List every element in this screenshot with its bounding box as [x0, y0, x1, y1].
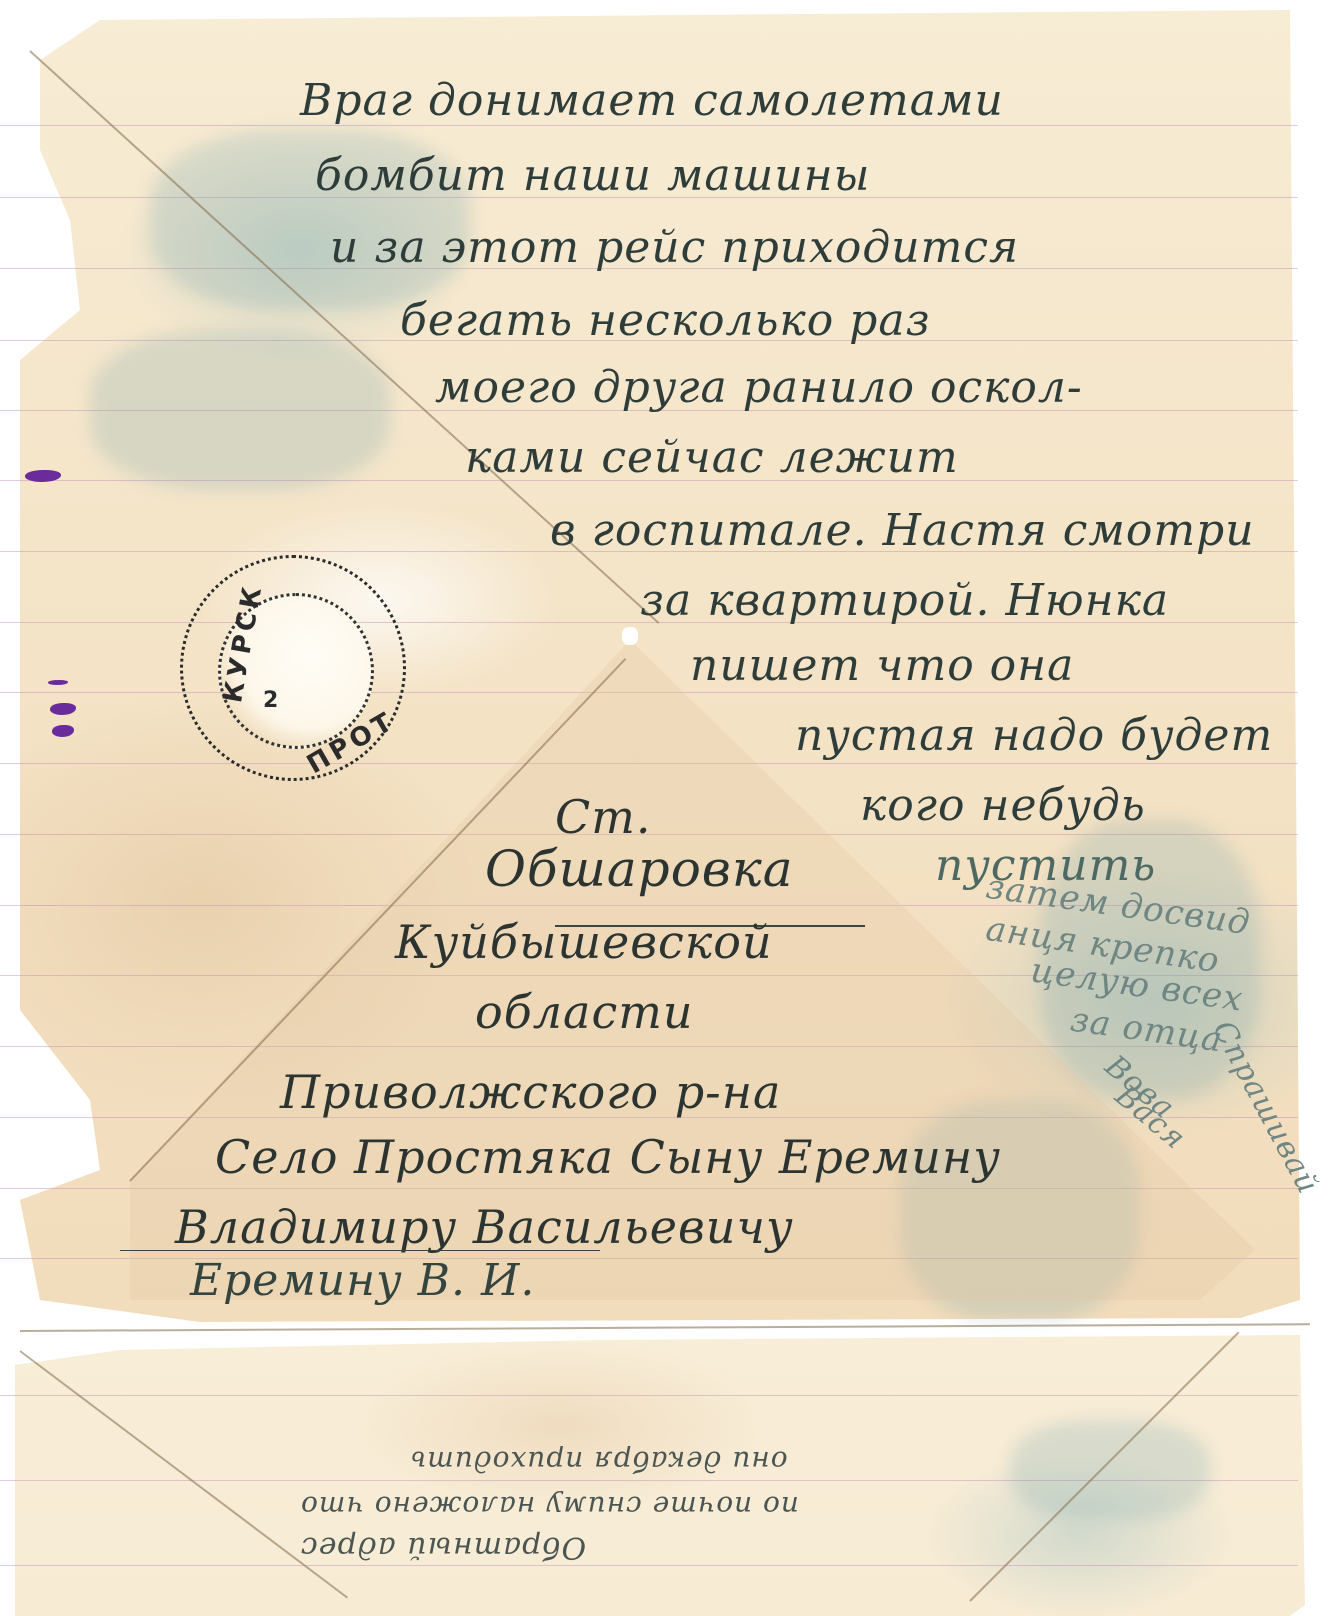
stain — [90, 330, 390, 490]
bottom-flap-line: по почте сниму наложено что — [300, 1490, 799, 1523]
ruled-line — [0, 1395, 1298, 1396]
address-district: Приволжского р-на — [280, 1065, 781, 1119]
letter-line: Враг донимает самолетами — [300, 75, 1004, 126]
postmark-stamp: КУРСК ПРОТ 2 — [180, 555, 406, 781]
address-region: Куйбышевской — [395, 915, 773, 969]
address-region-word: области — [475, 985, 694, 1039]
address-station: Обшаровка — [485, 840, 794, 898]
letter-line: бегать несколько раз — [400, 295, 931, 346]
postmark-date: 2 — [263, 688, 282, 713]
signature: Еремину В. И. — [190, 1255, 535, 1306]
address-recipient-name: Владимиру Васильевичу — [175, 1200, 794, 1254]
letter-line: ками сейчас лежит — [465, 432, 959, 483]
letter-line: бомбит наши машины — [315, 150, 871, 201]
address-village-recipient: Село Простяка Сыну Еремину — [215, 1130, 1001, 1184]
fold-line — [20, 1323, 1310, 1332]
letter-line: и за этот рейс приходится — [330, 222, 1019, 273]
letter-line: в госпитале. Настя смотри — [550, 505, 1255, 556]
letter-line: пустая надо будет — [795, 710, 1273, 761]
address-underline — [120, 1250, 600, 1251]
letter-line: пишет что она — [690, 640, 1074, 691]
letter-line: кого небудь — [860, 780, 1146, 831]
paper-hole — [622, 627, 638, 645]
bottom-flap-line: Обратный адрес — [300, 1530, 586, 1565]
letter-scan: КУРСК ПРОТ 2 Враг донимает самолетами бо… — [0, 0, 1328, 1616]
stain — [1010, 1420, 1210, 1520]
letter-line: моего друга ранило оскол- — [435, 362, 1083, 413]
address-station-prefix: Ст. — [555, 790, 651, 844]
bottom-flap-line: они декабря приходить — [410, 1445, 788, 1478]
letter-line: за квартирой. Нюнка — [640, 575, 1169, 626]
ruled-line — [0, 1565, 1298, 1566]
